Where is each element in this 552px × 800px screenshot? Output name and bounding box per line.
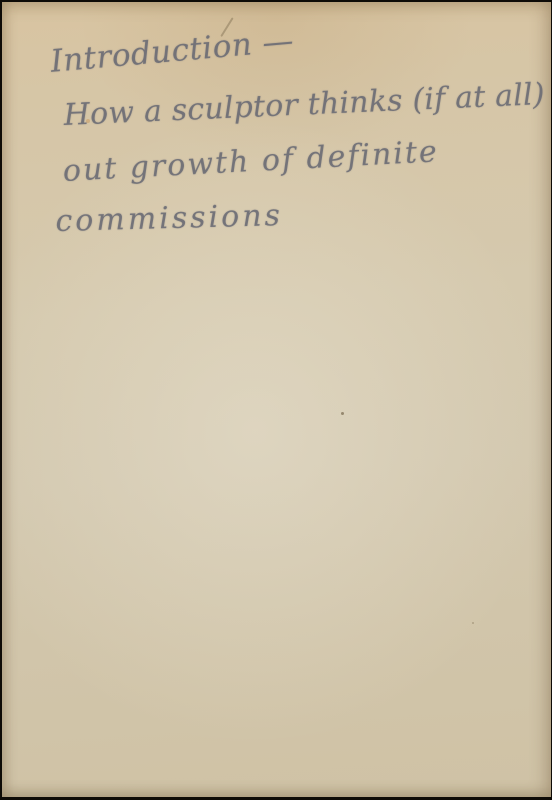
handwritten-note: Introduction — How a sculptor thinks (if… [2,2,551,797]
handwriting-line-introduction: Introduction — [49,23,295,80]
handwriting-line-out-growth: out growth of definite [62,134,440,189]
book-page: Introduction — How a sculptor thinks (if… [2,2,551,797]
handwriting-line-how-a-sculptor-thinks: How a sculptor thinks (if at all) [63,77,545,133]
handwriting-line-commissions: commissions [55,198,283,239]
scanned-page-image: Introduction — How a sculptor thinks (if… [0,0,552,800]
